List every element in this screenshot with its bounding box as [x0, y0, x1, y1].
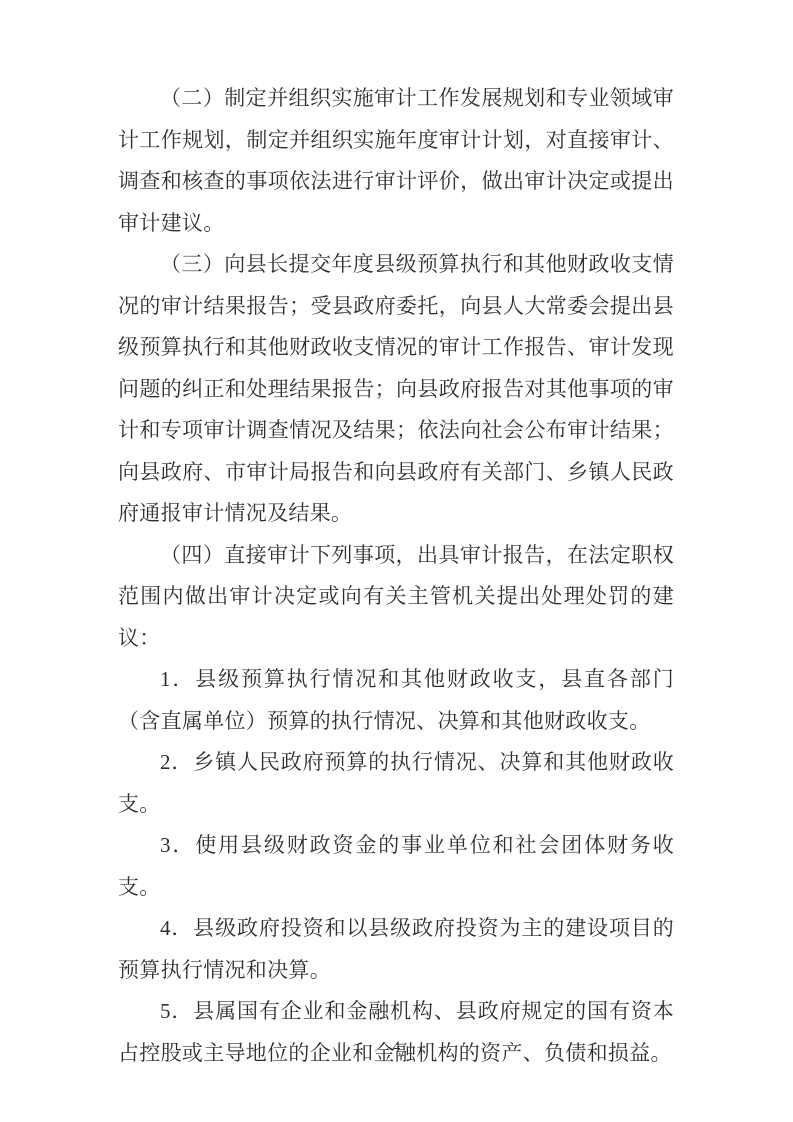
list-item-4: 4．县级政府投资和以县级政府投资为主的建设项目的预算执行情况和决算。: [118, 908, 674, 991]
document-page: （二）制定并组织实施审计工作发展规划和专业领域审计工作规划，制定并组织实施年度审…: [0, 0, 793, 1122]
list-item-5: 5．县属国有企业和金融机构、县政府规定的国有资本占控股或主导地位的企业和金融机构…: [118, 991, 674, 1074]
list-item-3: 3．使用县级财政资金的事业单位和社会团体财务收支。: [118, 825, 674, 908]
list-item-1: 1．县级预算执行情况和其他财政收支，县直各部门（含直属单位）预算的执行情况、决算…: [118, 659, 674, 742]
paragraph-item-3: （三）向县长提交年度县级预算执行和其他财政收支情况的审计结果报告；受县政府委托，…: [118, 244, 674, 535]
document-body: （二）制定并组织实施审计工作发展规划和专业领域审计工作规划，制定并组织实施年度审…: [118, 78, 674, 1074]
paragraph-item-2: （二）制定并组织实施审计工作发展规划和专业领域审计工作规划，制定并组织实施年度审…: [118, 78, 674, 244]
page-number: 4: [0, 1036, 793, 1058]
paragraph-item-4: （四）直接审计下列事项，出具审计报告，在法定职权范围内做出审计决定或向有关主管机…: [118, 535, 674, 660]
list-item-2: 2．乡镇人民政府预算的执行情况、决算和其他财政收支。: [118, 742, 674, 825]
